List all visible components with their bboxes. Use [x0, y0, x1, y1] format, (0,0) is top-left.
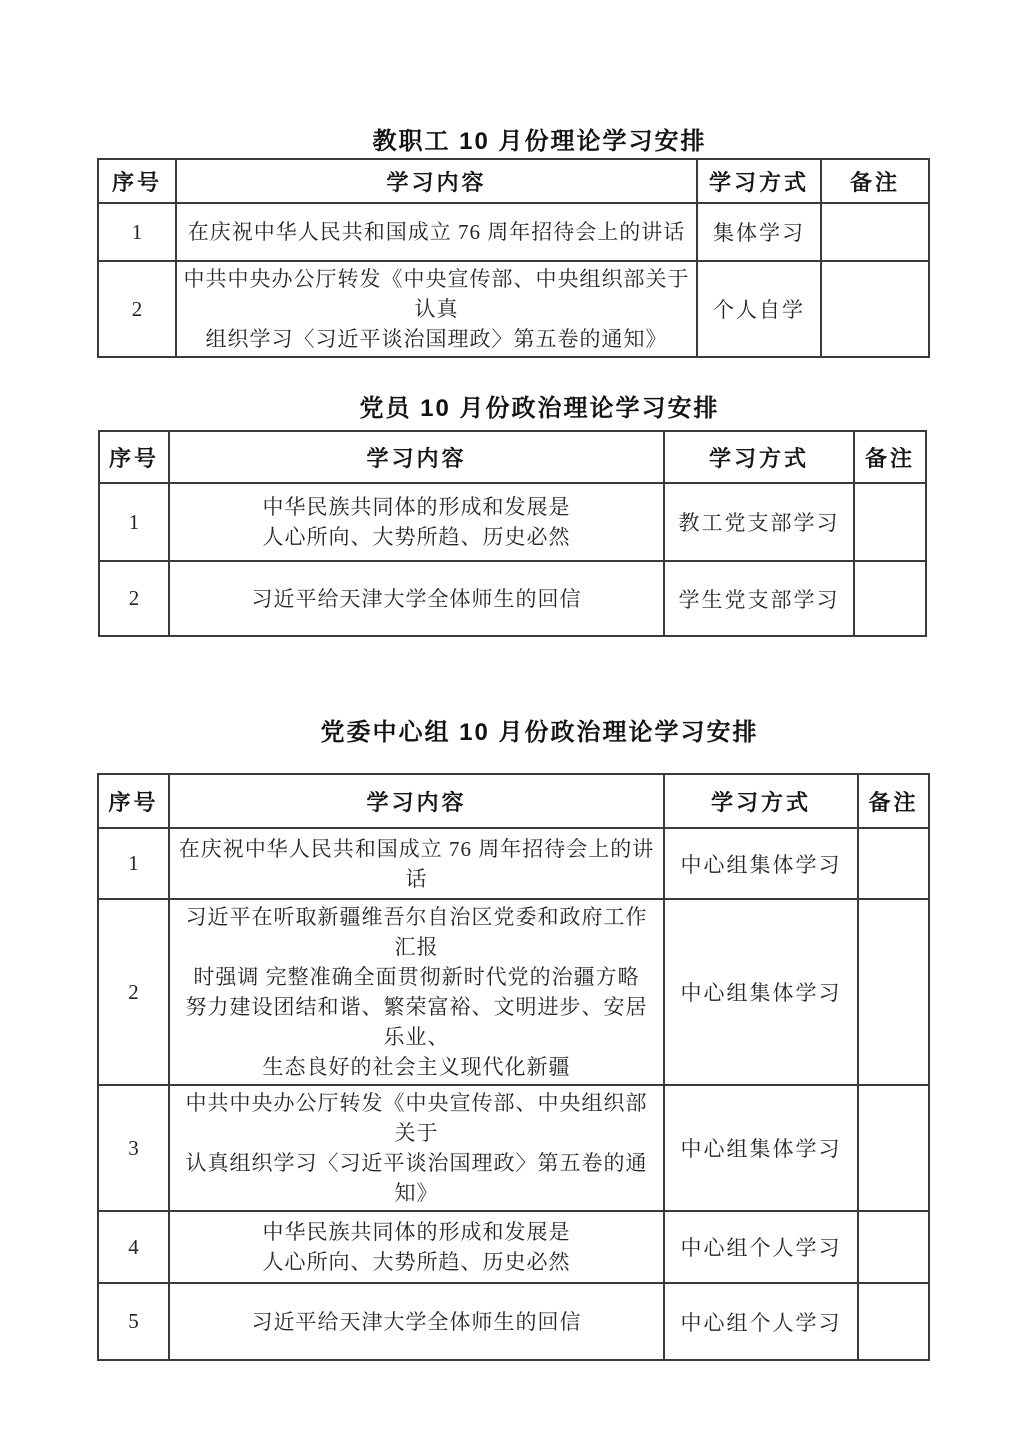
staff-table-title: 教职工 10 月份理论学习安排: [97, 121, 928, 156]
table-row: 5 习近平给天津大学全体师生的回信 中心组个人学习: [98, 1283, 929, 1360]
central-group-study-table: 序号 学习内容 学习方式 备注 1 在庆祝中华人民共和国成立 76 周年招待会上…: [97, 773, 930, 1361]
table-row: 1 在庆祝中华人民共和国成立 76 周年招待会上的讲话 中心组集体学习: [98, 828, 929, 899]
cell-no: 1: [98, 828, 169, 899]
cell-content: 习近平给天津大学全体师生的回信: [169, 1283, 664, 1360]
cell-note: [858, 1211, 929, 1283]
cell-method: 中心组集体学习: [664, 828, 858, 899]
cell-no: 2: [98, 261, 176, 357]
cell-no: 1: [98, 203, 176, 261]
cell-note: [858, 899, 929, 1085]
col-header-no: 序号: [98, 774, 169, 828]
cell-note: [821, 203, 929, 261]
party-member-study-table: 序号 学习内容 学习方式 备注 1 中华民族共同体的形成和发展是 人心所向、大势…: [98, 430, 927, 637]
cell-note: [854, 483, 926, 561]
col-header-note: 备注: [821, 159, 929, 203]
cell-method: 学生党支部学习: [664, 561, 854, 636]
cell-content: 中共中央办公厅转发《中央宣传部、中央组织部关于 认真组织学习〈习近平谈治国理政〉…: [169, 1085, 664, 1211]
cell-no: 2: [99, 561, 169, 636]
col-header-content: 学习内容: [169, 431, 664, 483]
table-row: 2 习近平给天津大学全体师生的回信 学生党支部学习: [99, 561, 926, 636]
cell-method: 集体学习: [697, 203, 821, 261]
cell-no: 1: [99, 483, 169, 561]
cell-method: 中心组个人学习: [664, 1283, 858, 1360]
col-header-no: 序号: [98, 159, 176, 203]
staff-study-table: 序号 学习内容 学习方式 备注 1 在庆祝中华人民共和国成立 76 周年招待会上…: [97, 158, 930, 358]
document-page: 教职工 10 月份理论学习安排 序号 学习内容 学习方式 备注 1 在庆祝中华人…: [0, 0, 1024, 1448]
header-row: 序号 学习内容 学习方式 备注: [99, 431, 926, 483]
table-row: 2 习近平在听取新疆维吾尔自治区党委和政府工作汇报 时强调 完整准确全面贯彻新时…: [98, 899, 929, 1085]
table-row: 4 中华民族共同体的形成和发展是 人心所向、大势所趋、历史必然 中心组个人学习: [98, 1211, 929, 1283]
col-header-content: 学习内容: [169, 774, 664, 828]
party-member-table-title: 党员 10 月份政治理论学习安排: [97, 388, 928, 423]
table-row: 1 中华民族共同体的形成和发展是 人心所向、大势所趋、历史必然 教工党支部学习: [99, 483, 926, 561]
col-header-method: 学习方式: [664, 774, 858, 828]
cell-method: 中心组集体学习: [664, 1085, 858, 1211]
cell-no: 4: [98, 1211, 169, 1283]
cell-note: [858, 828, 929, 899]
cell-note: [821, 261, 929, 357]
central-group-table-title: 党委中心组 10 月份政治理论学习安排: [97, 712, 928, 747]
col-header-content: 学习内容: [176, 159, 697, 203]
cell-method: 中心组集体学习: [664, 899, 858, 1085]
col-header-method: 学习方式: [697, 159, 821, 203]
col-header-no: 序号: [99, 431, 169, 483]
cell-no: 5: [98, 1283, 169, 1360]
cell-note: [858, 1085, 929, 1211]
cell-content: 习近平给天津大学全体师生的回信: [169, 561, 664, 636]
cell-content: 中共中央办公厅转发《中央宣传部、中央组织部关于认真 组织学习〈习近平谈治国理政〉…: [176, 261, 697, 357]
col-header-note: 备注: [854, 431, 926, 483]
header-row: 序号 学习内容 学习方式 备注: [98, 159, 929, 203]
header-row: 序号 学习内容 学习方式 备注: [98, 774, 929, 828]
cell-no: 3: [98, 1085, 169, 1211]
cell-method: 教工党支部学习: [664, 483, 854, 561]
cell-content: 习近平在听取新疆维吾尔自治区党委和政府工作汇报 时强调 完整准确全面贯彻新时代党…: [169, 899, 664, 1085]
cell-no: 2: [98, 899, 169, 1085]
col-header-method: 学习方式: [664, 431, 854, 483]
table-row: 1 在庆祝中华人民共和国成立 76 周年招待会上的讲话 集体学习: [98, 203, 929, 261]
cell-content: 在庆祝中华人民共和国成立 76 周年招待会上的讲话: [176, 203, 697, 261]
cell-method: 个人自学: [697, 261, 821, 357]
col-header-note: 备注: [858, 774, 929, 828]
cell-content: 中华民族共同体的形成和发展是 人心所向、大势所趋、历史必然: [169, 1211, 664, 1283]
cell-note: [854, 561, 926, 636]
table-row: 2 中共中央办公厅转发《中央宣传部、中央组织部关于认真 组织学习〈习近平谈治国理…: [98, 261, 929, 357]
cell-content: 中华民族共同体的形成和发展是 人心所向、大势所趋、历史必然: [169, 483, 664, 561]
cell-method: 中心组个人学习: [664, 1211, 858, 1283]
table-row: 3 中共中央办公厅转发《中央宣传部、中央组织部关于 认真组织学习〈习近平谈治国理…: [98, 1085, 929, 1211]
cell-content: 在庆祝中华人民共和国成立 76 周年招待会上的讲话: [169, 828, 664, 899]
cell-note: [858, 1283, 929, 1360]
